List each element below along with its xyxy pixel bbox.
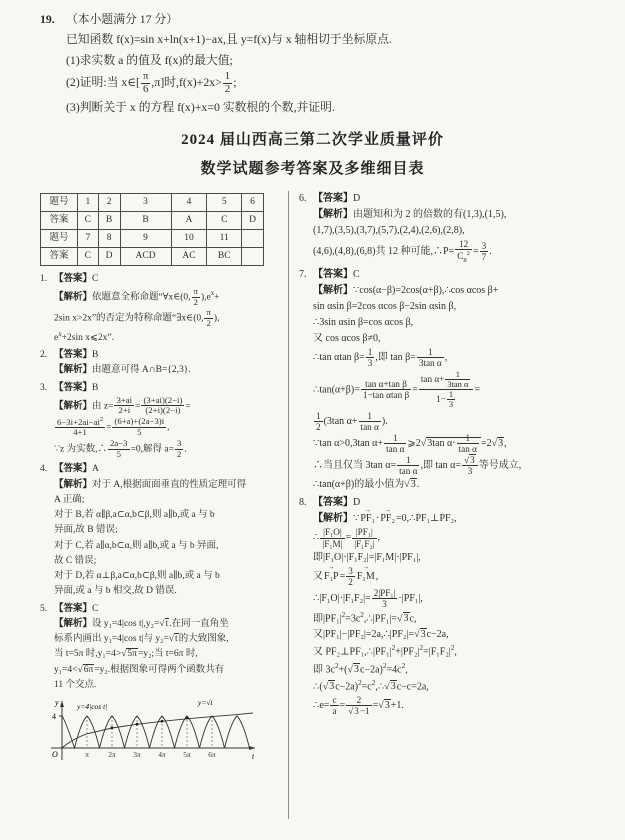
solution-line: 异面,或 a 与 b 相交,故 D 错误. xyxy=(54,584,280,598)
graph-y4-label: 4 xyxy=(52,712,56,721)
table-header-cell: 题号 xyxy=(41,194,78,212)
table-row: 答案CDACDACBC xyxy=(41,248,264,266)
x-axis-arrow xyxy=(249,746,255,750)
solution-line: 即|F₁O|·|F₁F₂|=|F₁M|·|PF₁|, xyxy=(313,550,591,565)
solution-line: (4,6),(4,8),(6,8)共 12 种可能,∴P=12C82=37. xyxy=(313,239,591,264)
answer-item: 7.【答案】C【解析】∵cos(α−β)=2cos(α+β),∴cos αcos… xyxy=(299,267,591,493)
svg-text:4π: 4π xyxy=(158,750,166,759)
solution-line: ∴(√3c−2a)2=c2,∴√3c−c=2a, xyxy=(313,678,591,694)
solution-line: ∴|F₁O||F₁M|=|PF₁||F₁F₂|, xyxy=(313,527,591,548)
table-cell: A xyxy=(171,212,207,230)
graph-y-label: y xyxy=(54,698,59,707)
function-graph: y 4 O t y=4|cos t| y=√t π 2π 3π 4π 5π 6π xyxy=(46,696,280,769)
item-number: 2. xyxy=(40,348,54,379)
svg-text:6π: 6π xyxy=(208,750,216,759)
solution-line: 11 个交点. xyxy=(54,678,280,692)
solution-line: 【解析】依题意全称命题“∀x∈(0,π2),ex+ xyxy=(54,287,280,307)
table-cell: 11 xyxy=(207,230,242,248)
svg-text:2π: 2π xyxy=(108,750,116,759)
table-cell: B xyxy=(98,212,120,230)
item-body: 【答案】C【解析】∵cos(α−β)=2cos(α+β),∴cos αcos β… xyxy=(313,267,591,493)
answer-item: 5.【答案】C【解析】设 y₁=4|cos t|,y₂=√t.在同一直角坐标系内… xyxy=(40,602,280,694)
answer-line: 【答案】D xyxy=(313,191,591,206)
table-row: 题号123456 xyxy=(41,194,264,212)
solution-line: y₁=4<√6π=y₂.根据图象可得两个函数共有 xyxy=(54,663,280,677)
answer-line: 【答案】D xyxy=(313,495,591,510)
solution-line: A 正确; xyxy=(54,493,280,507)
question-lines: 已知函数 f(x)=sin x+ln(x+1)−ax,且 y=f(x)与 x 轴… xyxy=(66,30,589,116)
answer-item: 3.【答案】B【解析】由 z=3+ai2+i=(3+ai)(2−i)(2+i)(… xyxy=(40,381,280,461)
question-score-note: （本小题满分 17 分） xyxy=(66,10,178,28)
table-cell: ACD xyxy=(120,248,171,266)
table-cell: 7 xyxy=(78,230,99,248)
svg-text:5π: 5π xyxy=(183,750,191,759)
left-column: 题号123456答案CBBACD题号7891011答案CDACDACBC 1.【… xyxy=(40,191,289,819)
answer-item: 1.【答案】C【解析】依题意全称命题“∀x∈(0,π2),ex+2sin x>2… xyxy=(40,272,280,346)
answer-columns: 题号123456答案CBBACD题号7891011答案CDACDACBC 1.【… xyxy=(0,191,625,819)
solution-line: 对于 D,若 α⊥β,a⊂α,b⊂β,则 a∥b,或 a 与 b xyxy=(54,569,280,583)
graph-origin-label: O xyxy=(52,750,58,759)
item-number: 3. xyxy=(40,381,54,461)
question-19-block: 19. （本小题满分 17 分） 已知函数 f(x)=sin x+ln(x+1)… xyxy=(0,0,625,116)
solution-line: 12(3tan α+1tan α). xyxy=(313,411,591,432)
solution-line: 又|PF₁|−|PF₂|=2a,∴|PF₂|=√3c−2a, xyxy=(313,627,591,642)
graph-svg: y 4 O t y=4|cos t| y=√t π 2π 3π 4π 5π 6π xyxy=(46,696,261,764)
item-number: 1. xyxy=(40,272,54,346)
solution-line: ∴tan(α+β)的最小值为√3. xyxy=(313,477,591,492)
solution-line: ∵z 为实数,∴2a−35=0,解得 a=32. xyxy=(54,439,280,459)
table-cell: AC xyxy=(171,248,207,266)
solution-line: sin αsin β=2cos αcos β−2sin αsin β, xyxy=(313,299,591,314)
solution-line: 【解析】对于 A,根据面面垂直的性质定理可得 xyxy=(54,478,280,492)
table-header-cell: 答案 xyxy=(41,212,78,230)
solution-line: 又F₁P=32F₁M, xyxy=(313,566,591,587)
solution-line: (1,7),(3,5),(3,7),(5,7),(2,4),(2,6),(2,8… xyxy=(313,223,591,238)
question-line: (1)求实数 a 的值及 f(x)的最大值; xyxy=(66,51,589,69)
answer-line: 【答案】C xyxy=(54,272,280,286)
table-header-cell: 答案 xyxy=(41,248,78,266)
table-cell: 9 xyxy=(120,230,171,248)
item-body: 【答案】B【解析】由 z=3+ai2+i=(3+ai)(2−i)(2+i)(2−… xyxy=(54,381,280,461)
answer-item: 2.【答案】B【解析】由题意可得 A∩B={2,3}. xyxy=(40,348,280,379)
solution-line: 标系内画出 y₁=4|cos t|与 y₂=√t的大致图象, xyxy=(54,632,280,646)
y-axis-arrow xyxy=(60,701,64,707)
solution-line: 【解析】∵cos(α−β)=2cos(α+β),∴cos αcos β+ xyxy=(313,283,591,298)
solution-line: ex+2sin x⩽2x”. xyxy=(54,330,280,345)
table-cell: 1 xyxy=(78,194,99,212)
solution-line: 2sin x>2x”的否定为特称命题“∃x∈(0,π2), xyxy=(54,308,280,328)
svg-text:π: π xyxy=(85,750,89,759)
table-row: 题号7891011 xyxy=(41,230,264,248)
solution-line: 【解析】设 y₁=4|cos t|,y₂=√t.在同一直角坐 xyxy=(54,617,280,631)
answer-item: 4.【答案】A【解析】对于 A,根据面面垂直的性质定理可得A 正确;对于 B,若… xyxy=(40,462,280,599)
solution-line: 当 t=5π 时,y₁=4>√5π=y₂;当 t=6π 时, xyxy=(54,647,280,661)
table-cell: 6 xyxy=(242,194,264,212)
item-number: 6. xyxy=(299,191,313,265)
solution-line: ∴e=ca=2√3−1=√3+1. xyxy=(313,695,591,716)
answer-table: 题号123456答案CBBACD题号7891011答案CDACDACBC xyxy=(40,193,264,266)
solution-line: ∴3sin αsin β=cos αcos β, xyxy=(313,315,591,330)
table-cell: BC xyxy=(207,248,242,266)
right-items: 6.【答案】D【解析】由题知和为 2 的倍数的有(1,3),(1,5),(1,7… xyxy=(299,191,591,718)
graph-x-label: t xyxy=(252,752,255,761)
solution-line: 故 C 错误; xyxy=(54,554,280,568)
table-header-cell: 题号 xyxy=(41,230,78,248)
item-body: 【答案】D【解析】由题知和为 2 的倍数的有(1,3),(1,5),(1,7),… xyxy=(313,191,591,265)
item-body: 【答案】B【解析】由题意可得 A∩B={2,3}. xyxy=(54,348,280,379)
table-cell: 5 xyxy=(207,194,242,212)
solution-line: 异面,故 B 错误; xyxy=(54,523,280,537)
sqrt-curve xyxy=(62,713,253,748)
table-cell: D xyxy=(242,212,264,230)
item-body: 【答案】A【解析】对于 A,根据面面垂直的性质定理可得A 正确;对于 B,若 α… xyxy=(54,462,280,599)
svg-text:3π: 3π xyxy=(133,750,141,759)
item-body: 【答案】D【解析】∵PF₁·PF₂=0,∴PF₁⊥PF₂,∴|F₁O||F₁M|… xyxy=(313,495,591,717)
item-number: 4. xyxy=(40,462,54,599)
solution-line: 即|PF₁|2=3c2,∴|PF₁|=√3c, xyxy=(313,610,591,626)
solution-line: 又 PF₂⊥PF₁,∴|PF₁|2+|PF₂|2=|F₁F₂|2, xyxy=(313,643,591,659)
table-cell: C xyxy=(207,212,242,230)
peak-guides xyxy=(87,716,212,748)
title-line-1: 2024 届山西高三第二次学业质量评价 xyxy=(0,126,625,155)
item-number: 8. xyxy=(299,495,313,717)
item-body: 【答案】C【解析】依题意全称命题“∀x∈(0,π2),ex+2sin x>2x”… xyxy=(54,272,280,346)
item-number: 7. xyxy=(299,267,313,493)
table-cell: 10 xyxy=(171,230,207,248)
answer-line: 【答案】C xyxy=(313,267,591,282)
solution-line: ∴tan(α+β)=tan α+tan β1−tan αtan β=tan α+… xyxy=(313,370,591,410)
solution-line: 【解析】由 z=3+ai2+i=(3+ai)(2−i)(2+i)(2−i)= xyxy=(54,396,280,416)
solution-line: 【解析】由题意可得 A∩B={2,3}. xyxy=(54,363,280,377)
left-items: 1.【答案】C【解析】依题意全称命题“∀x∈(0,π2),ex+2sin x>2… xyxy=(40,272,280,693)
answer-line: 【答案】C xyxy=(54,602,280,616)
question-line: 已知函数 f(x)=sin x+ln(x+1)−ax,且 y=f(x)与 x 轴… xyxy=(66,30,589,48)
table-cell xyxy=(242,230,264,248)
item-number: 5. xyxy=(40,602,54,694)
solution-line: ∴tan αtan β=13,即 tan β=13tan α, xyxy=(313,347,591,368)
table-cell: C xyxy=(78,248,99,266)
x-tick-labels: π 2π 3π 4π 5π 6π xyxy=(85,750,216,759)
table-cell: 4 xyxy=(171,194,207,212)
sqrt-curve-label: y=√t xyxy=(197,698,214,707)
table-cell: B xyxy=(120,212,171,230)
answer-line: 【答案】A xyxy=(54,462,280,476)
solution-line: ∵tan α>0,3tan α+1tan α⩾2√3tan α·1tan α=2… xyxy=(313,433,591,454)
item-body: 【答案】C【解析】设 y₁=4|cos t|,y₂=√t.在同一直角坐标系内画出… xyxy=(54,602,280,694)
table-cell: 3 xyxy=(120,194,171,212)
solution-line: 【解析】由题知和为 2 的倍数的有(1,3),(1,5), xyxy=(313,207,591,222)
solution-line: ∴|F₁O|·|F₁F₂|=2|PF₁|3·|PF₁|, xyxy=(313,588,591,609)
document-title-block: 2024 届山西高三第二次学业质量评价 数学试题参考答案及多维细目表 xyxy=(0,126,625,183)
answer-item: 8.【答案】D【解析】∵PF₁·PF₂=0,∴PF₁⊥PF₂,∴|F₁O||F₁… xyxy=(299,495,591,717)
exam-answer-page: 19. （本小题满分 17 分） 已知函数 f(x)=sin x+ln(x+1)… xyxy=(0,0,625,840)
solution-line: ∴当且仅当 3tan α=1tan α,即 tan α=√33等号成立, xyxy=(313,455,591,476)
right-column: 6.【答案】D【解析】由题知和为 2 的倍数的有(1,3),(1,5),(1,7… xyxy=(289,191,591,819)
solution-line: 又 cos αcos β≠0, xyxy=(313,331,591,346)
table-cell xyxy=(242,248,264,266)
cosine-curve xyxy=(62,716,250,748)
table-cell: 2 xyxy=(98,194,120,212)
solution-line: 即 3c2+(√3c−2a)2=4c2, xyxy=(313,661,591,677)
question-line: (2)证明:当 x∈[π6,π]时,f(x)+2x>12; xyxy=(66,71,589,96)
table-cell: 8 xyxy=(98,230,120,248)
solution-line: 【解析】∵PF₁·PF₂=0,∴PF₁⊥PF₂, xyxy=(313,511,591,526)
solution-line: 6−3i+2ai−ai24+1=(6+a)+(2a−3)i5, xyxy=(54,417,280,438)
table-row: 答案CBBACD xyxy=(41,212,264,230)
answer-line: 【答案】B xyxy=(54,348,280,362)
solution-line: 对于 B,若 α∥β,a⊂α,b⊂β,则 a∥b,或 a 与 b xyxy=(54,508,280,522)
question-line: (3)判断关于 x 的方程 f(x)+x=0 实数根的个数,并证明. xyxy=(66,98,589,116)
cosine-curve-label: y=4|cos t| xyxy=(76,702,107,711)
title-line-2: 数学试题参考答案及多维细目表 xyxy=(0,155,625,184)
solution-line: 对于 C,若 a∥α,b⊂α,则 a∥b,或 a 与 b 异面, xyxy=(54,539,280,553)
table-cell: D xyxy=(98,248,120,266)
answer-line: 【答案】B xyxy=(54,381,280,395)
table-cell: C xyxy=(78,212,99,230)
answer-item: 6.【答案】D【解析】由题知和为 2 的倍数的有(1,3),(1,5),(1,7… xyxy=(299,191,591,265)
question-number: 19. xyxy=(40,10,66,28)
